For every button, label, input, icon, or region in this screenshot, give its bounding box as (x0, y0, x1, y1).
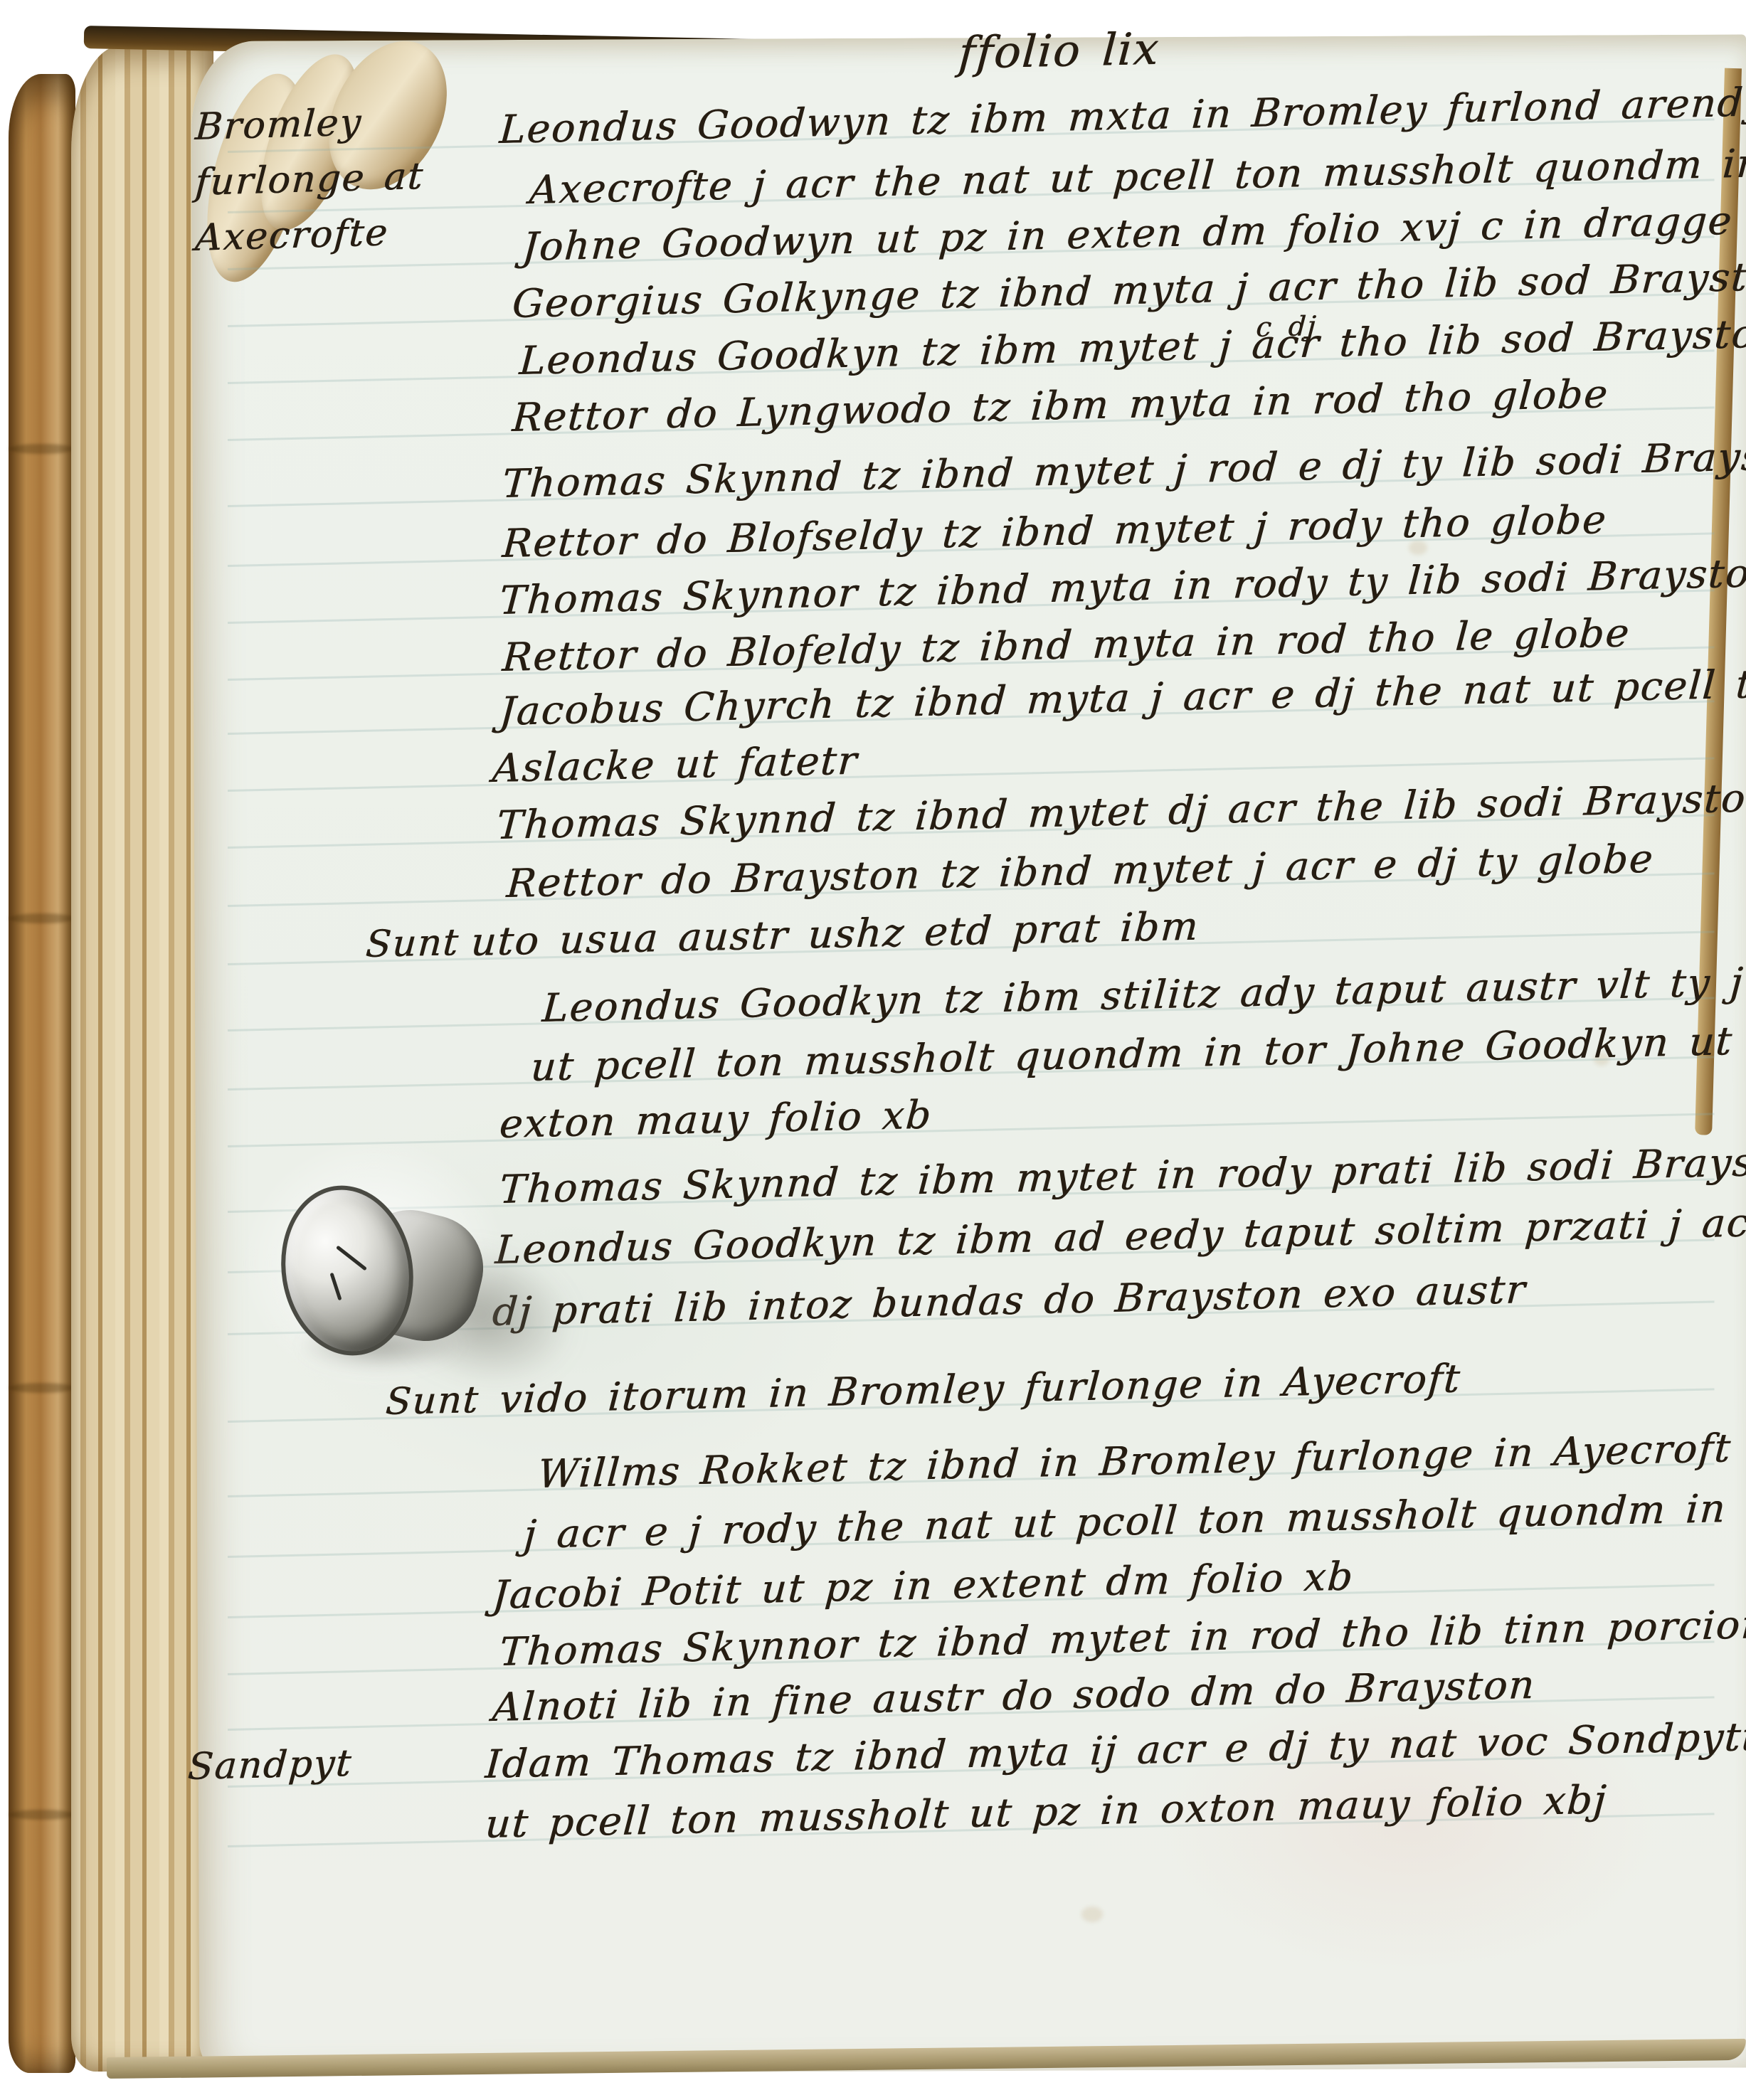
margin-keyword: Sandpyt (186, 1742, 354, 1788)
manuscript-photo: ffolio lix Bromley furlonge at Axecrofte… (0, 0, 1746, 2100)
margin-keyword: Sunt (364, 921, 460, 966)
book-spine-leather (9, 74, 75, 2073)
spine-sewing-band (9, 444, 75, 454)
manuscript-line: exton mauy folio xb (498, 1092, 933, 1147)
folio-heading: ffolio lix (957, 23, 1161, 79)
margin-note-line: furlonge at (194, 149, 425, 211)
manuscript-line: Aslacke ut fatetr (491, 738, 859, 791)
margin-note-block: Bromley furlonge at Axecrofte (194, 100, 423, 266)
spine-sewing-band (9, 913, 75, 923)
spine-sewing-band (9, 1810, 75, 1820)
margin-note-line: Bromley (194, 93, 425, 155)
spine-sewing-band (9, 1383, 75, 1393)
foxing-spot (1081, 1907, 1103, 1922)
margin-note-line: Axecrofte (194, 204, 425, 266)
interlinear-insertion: c dj (1255, 310, 1318, 343)
